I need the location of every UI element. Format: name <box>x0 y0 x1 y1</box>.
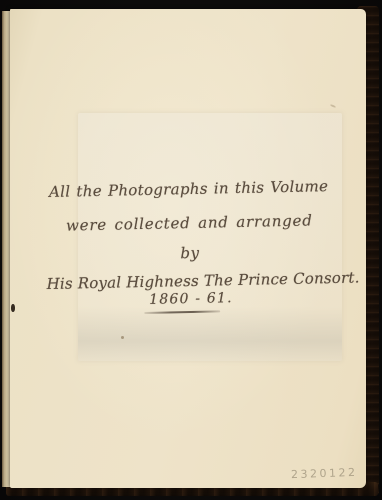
album-page: All the Photographs in this Volume were … <box>10 9 366 488</box>
pencil-catalog-number: 2320122 <box>291 466 358 481</box>
inscription-line-2: were collected and arranged <box>39 211 339 235</box>
page-edge-speck <box>11 304 15 312</box>
inscription-line-3: by <box>40 241 340 265</box>
flourish-rule <box>144 310 220 314</box>
paper-speck <box>121 336 124 339</box>
paper-scratch <box>330 104 336 108</box>
inscription-line-1: All the Photographs in this Volume <box>38 177 338 201</box>
photograph-of-album-page: All the Photographs in this Volume were … <box>0 0 382 500</box>
handwritten-inscription: All the Photographs in this Volume were … <box>38 171 341 337</box>
